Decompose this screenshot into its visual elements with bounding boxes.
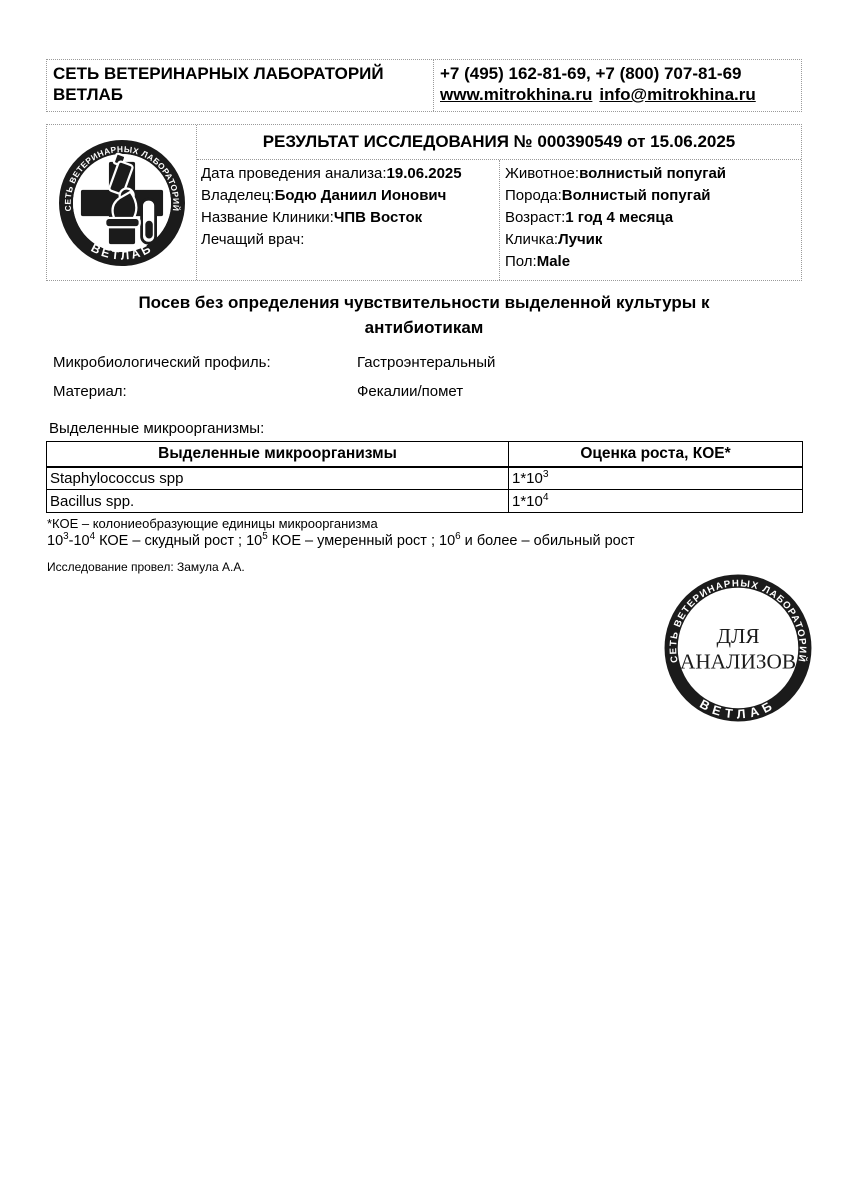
material-row: Материал: Фекалии/помет: [53, 383, 495, 400]
profile-value: Гастроэнтеральный: [357, 354, 495, 371]
for-analysis-stamp: СЕТЬ ВЕТЕРИНАРНЫХ ЛАБОРАТОРИЙ ВЕТЛАБ ДЛЯ…: [662, 572, 814, 724]
info-row-doctor: Лечащий врач:: [201, 229, 497, 251]
breed-value: Волнистый попугай: [562, 187, 711, 204]
clinic-value: ЧПВ Восток: [334, 209, 422, 226]
table-row: Bacillus spp. 1*104: [47, 490, 803, 513]
material-value: Фекалии/помет: [357, 383, 463, 400]
owner-value: Бодю Даниил Ионович: [275, 187, 447, 204]
stamp-center-line2: АНАЛИЗОВ: [680, 649, 796, 673]
nickname-value: Лучик: [558, 231, 602, 248]
info-row-clinic: Название Клиники:ЧПВ Восток: [201, 207, 497, 229]
header-microorganisms: Выделенные микроорганизмы: [47, 442, 509, 467]
table-row: Staphylococcus spp 1*103: [47, 467, 803, 490]
animal-label: Животное:: [505, 165, 579, 182]
organism-value: 1*103: [509, 467, 803, 490]
test-tube-icon: [141, 199, 155, 243]
result-title: РЕЗУЛЬТАТ ИССЛЕДОВАНИЯ № 000390549 от 15…: [197, 125, 801, 160]
material-label: Материал:: [53, 383, 357, 400]
profile-label: Микробиологический профиль:: [53, 354, 357, 371]
stamp-center-line1: ДЛЯ: [716, 624, 759, 648]
lab-report-page: СЕТЬ ВЕТЕРИНАРНЫХ ЛАБОРАТОРИЙ ВЕТЛАБ +7 …: [0, 0, 848, 1200]
study-title: Посев без определения чувствительности в…: [104, 290, 744, 340]
sex-label: Пол:: [505, 253, 537, 270]
examiner-line: Исследование провел: Замула А.А.: [47, 560, 245, 574]
sex-value: Male: [537, 253, 570, 270]
company-name-line2: ВЕТЛАБ: [53, 84, 427, 105]
footnote-growth-scale: 103-104 КОЕ – скудный рост ; 105 КОЕ – у…: [47, 531, 635, 549]
nickname-label: Кличка:: [505, 231, 558, 248]
owner-label: Владелец:: [201, 187, 275, 204]
profile-row: Микробиологический профиль: Гастроэнтера…: [53, 354, 495, 371]
analysis-date-value: 19.06.2025: [387, 165, 462, 182]
vetlab-logo-icon: СЕТЬ ВЕТЕРИНАРНЫХ ЛАБОРАТОРИЙ ВЕТЛАБ: [52, 133, 192, 273]
result-info-columns: Дата проведения анализа:19.06.2025 Владе…: [197, 160, 801, 280]
company-name-cell: СЕТЬ ВЕТЕРИНАРНЫХ ЛАБОРАТОРИЙ ВЕТЛАБ: [47, 60, 434, 111]
profile-rows: Микробиологический профиль: Гастроэнтера…: [53, 354, 495, 412]
header-growth-score: Оценка роста, КОЕ*: [509, 442, 803, 467]
footnote-koe-definition: *КОЕ – колониеобразующие единицы микроор…: [47, 516, 378, 531]
info-row-owner: Владелец:Бодю Даниил Ионович: [201, 185, 497, 207]
clinic-label: Название Клиники:: [201, 209, 334, 226]
email-link[interactable]: info@mitrokhina.ru: [599, 85, 755, 104]
header-table: СЕТЬ ВЕТЕРИНАРНЫХ ЛАБОРАТОРИЙ ВЕТЛАБ +7 …: [46, 59, 802, 112]
links-line: www.mitrokhina.ruinfo@mitrokhina.ru: [440, 84, 795, 105]
exponent: 4: [543, 492, 549, 503]
info-row-age: Возраст:1 год 4 месяца: [505, 207, 799, 229]
organism-value: 1*104: [509, 490, 803, 513]
result-info-right: РЕЗУЛЬТАТ ИССЛЕДОВАНИЯ № 000390549 от 15…: [197, 125, 801, 280]
result-info-left-column: Дата проведения анализа:19.06.2025 Владе…: [197, 160, 499, 280]
website-link[interactable]: www.mitrokhina.ru: [440, 85, 592, 104]
logo-cell: СЕТЬ ВЕТЕРИНАРНЫХ ЛАБОРАТОРИЙ ВЕТЛАБ: [47, 125, 197, 280]
exponent: 3: [543, 469, 549, 480]
breed-label: Порода:: [505, 187, 562, 204]
organism-name: Staphylococcus spp: [47, 467, 509, 490]
contacts-cell: +7 (495) 162-81-69, +7 (800) 707-81-69 w…: [434, 60, 801, 111]
doctor-label: Лечащий врач:: [201, 231, 304, 248]
analysis-date-label: Дата проведения анализа:: [201, 165, 387, 182]
organism-name: Bacillus spp.: [47, 490, 509, 513]
info-row-sex: Пол:Male: [505, 251, 799, 273]
table-caption: Выделенные микроорганизмы:: [49, 420, 264, 437]
age-label: Возраст:: [505, 209, 565, 226]
info-row-animal: Животное:волнистый попугай: [505, 163, 799, 185]
age-value: 1 год 4 месяца: [565, 209, 673, 226]
info-row-nickname: Кличка:Лучик: [505, 229, 799, 251]
microorganisms-table: Выделенные микроорганизмы Оценка роста, …: [46, 441, 803, 513]
result-info-right-column: Животное:волнистый попугай Порода:Волнис…: [499, 160, 801, 280]
phone-numbers: +7 (495) 162-81-69, +7 (800) 707-81-69: [440, 63, 792, 84]
animal-value: волнистый попугай: [579, 165, 726, 182]
info-row-analysis-date: Дата проведения анализа:19.06.2025: [201, 163, 497, 185]
table-header-row: Выделенные микроорганизмы Оценка роста, …: [47, 442, 803, 467]
result-info-block: СЕТЬ ВЕТЕРИНАРНЫХ ЛАБОРАТОРИЙ ВЕТЛАБ: [46, 124, 802, 281]
info-row-breed: Порода:Волнистый попугай: [505, 185, 799, 207]
company-name-line1: СЕТЬ ВЕТЕРИНАРНЫХ ЛАБОРАТОРИЙ: [53, 63, 427, 84]
